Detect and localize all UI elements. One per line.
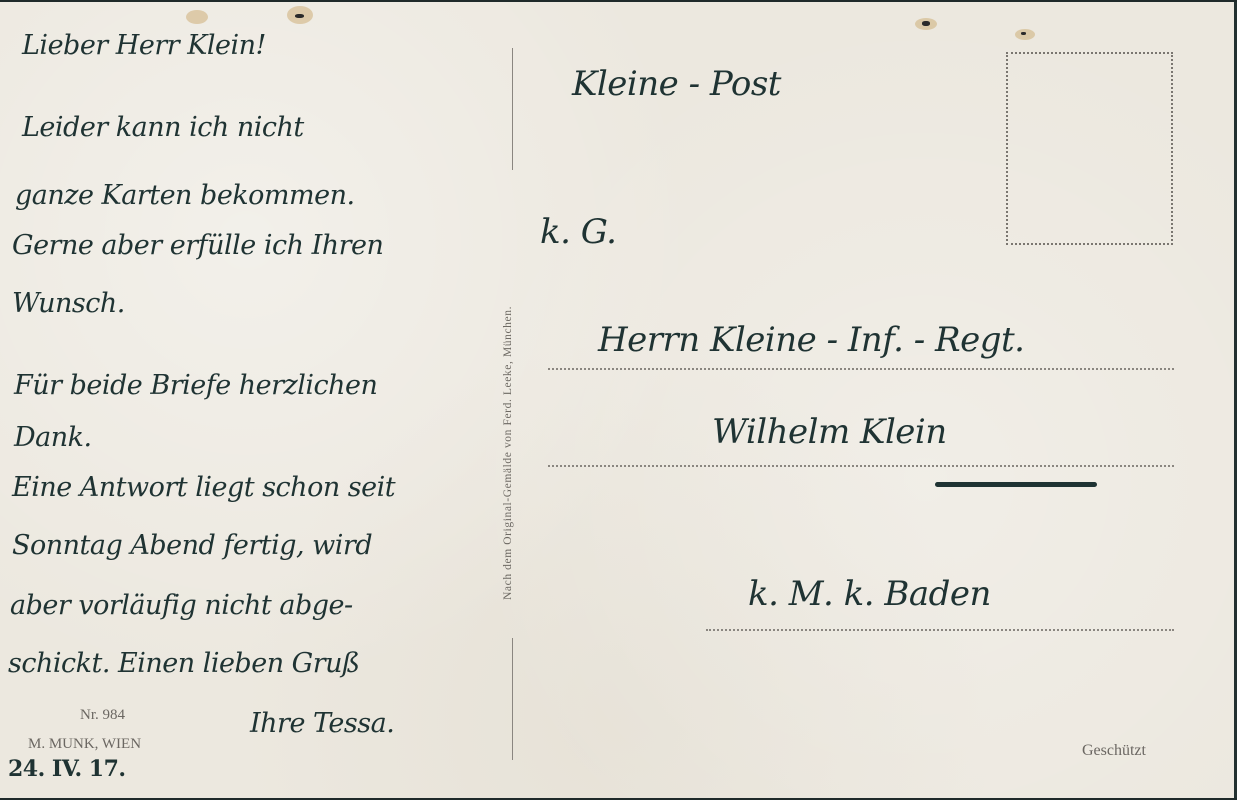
publisher-imprint: M. MUNK, WIEN — [28, 736, 141, 753]
address-header: Kleine - Post — [572, 64, 781, 104]
date-written: 24. IV. 17. — [8, 756, 126, 782]
message-line: schickt. Einen lieben Gruß — [8, 648, 360, 679]
center-divider-bottom — [512, 638, 513, 760]
stain-mark — [287, 6, 313, 24]
message-line: Wunsch. — [12, 288, 125, 319]
address-abbreviation: k. G. — [540, 212, 616, 252]
artist-credit: Nach dem Original-Gemälde von Ferd. Leek… — [502, 306, 514, 600]
stain-mark — [1015, 29, 1035, 40]
stain-mark — [186, 10, 208, 24]
postcard-back: Lieber Herr Klein! Leider kann ich nicht… — [0, 2, 1237, 798]
stamp-box — [1006, 52, 1173, 245]
message-line: ganze Karten bekommen. — [15, 180, 355, 211]
message-line: Sonntag Abend fertig, wird — [12, 530, 372, 561]
center-divider-top — [512, 48, 513, 170]
message-line: Lieber Herr Klein! — [22, 30, 266, 61]
address-line — [548, 368, 1174, 370]
name-underline — [935, 482, 1097, 487]
message-line: Dank. — [14, 422, 92, 453]
message-line: Für beide Briefe herzlichen — [14, 370, 377, 401]
address-line — [706, 629, 1174, 631]
protected-notice: Geschützt — [1082, 742, 1146, 760]
message-line: Leider kann ich nicht — [22, 112, 304, 143]
recipient-line: Herrn Kleine - Inf. - Regt. — [598, 320, 1024, 360]
stain-mark — [915, 18, 937, 30]
recipient-location: k. M. k. Baden — [748, 574, 991, 614]
signature: Ihre Tessa. — [250, 708, 394, 739]
message-line: Gerne aber erfülle ich Ihren — [12, 230, 383, 261]
message-line: Eine Antwort liegt schon seit — [12, 472, 395, 503]
recipient-name: Wilhelm Klein — [712, 412, 947, 452]
message-line: aber vorläufig nicht abge- — [10, 590, 353, 621]
card-number: Nr. 984 — [80, 707, 125, 724]
address-line — [548, 465, 1174, 467]
